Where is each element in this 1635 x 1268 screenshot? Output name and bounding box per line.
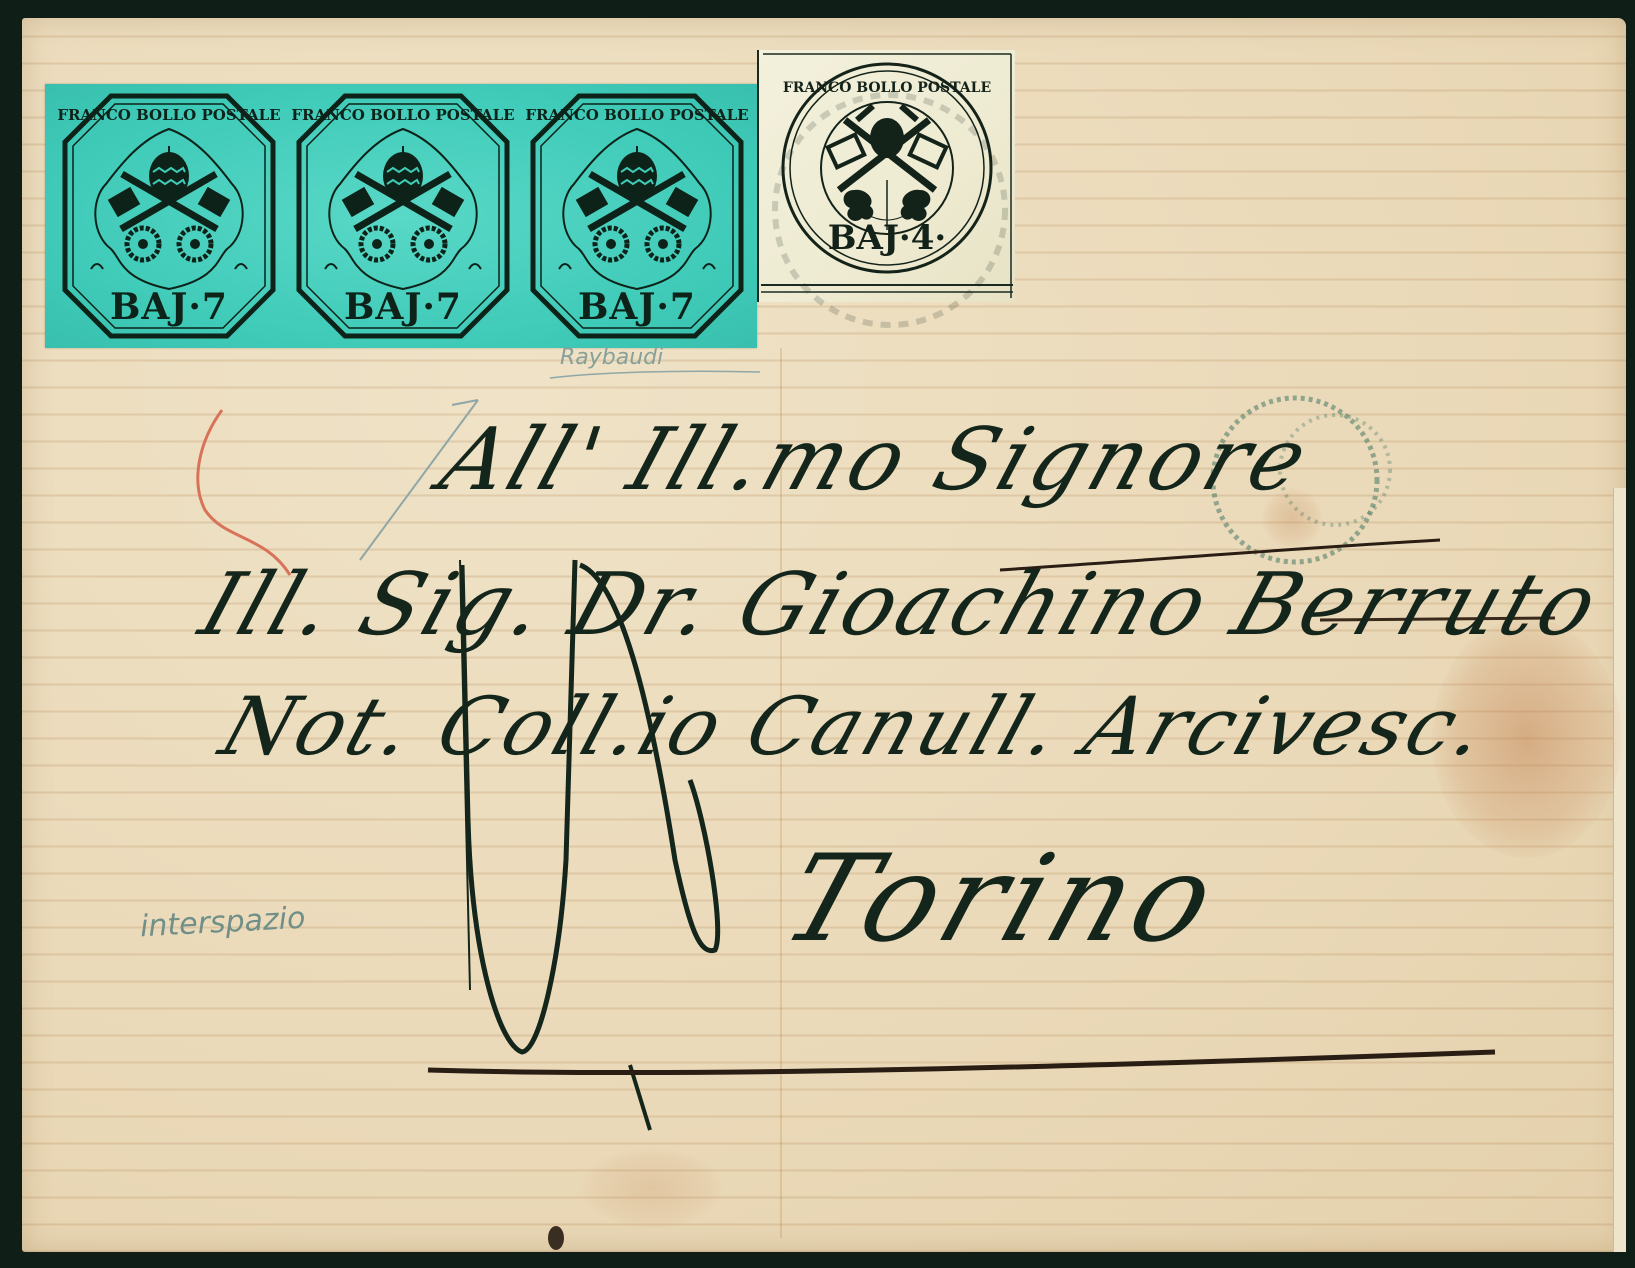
stamp-legend: FRANCO BOLLO POSTALE <box>51 106 287 124</box>
stamp-baj7-1: FRANCO BOLLO POSTALE BAJ·7 <box>51 84 287 348</box>
stamp-legend: FRANCO BOLLO POSTALE <box>759 80 1015 96</box>
stamp-value: BAJ·4· <box>759 218 1015 258</box>
expert-signature: Raybaudi <box>560 345 663 370</box>
address-line-salutation: All' Ill.mo Signore <box>429 410 1323 510</box>
stamp-legend: FRANCO BOLLO POSTALE <box>519 106 755 124</box>
stamp-baj7-3: FRANCO BOLLO POSTALE BAJ·7 <box>519 84 755 348</box>
stamp-value: BAJ·7 <box>285 286 521 328</box>
address-line-city: Torino <box>767 830 1236 969</box>
address-line-recipient: Ill. Sig. Dr. Gioachino Berruto <box>189 555 1612 655</box>
stamp-baj7-2: FRANCO BOLLO POSTALE BAJ·7 <box>285 84 521 348</box>
stamp-baj4: FRANCO BOLLO POSTALE BAJ·4· <box>757 50 1015 302</box>
stamp-strip-baj7: FRANCO BOLLO POSTALE BAJ·7 FRANCO BOLLO … <box>45 84 757 348</box>
stamp-value: BAJ·7 <box>51 286 287 328</box>
stamp-value: BAJ·7 <box>519 286 755 328</box>
address-line-title: Not. Coll.io Canull. Arcivesc. <box>210 680 1501 773</box>
foxing-stain <box>582 1148 722 1228</box>
folded-flap-edge <box>1613 488 1626 1252</box>
stamp-legend: FRANCO BOLLO POSTALE <box>285 106 521 124</box>
